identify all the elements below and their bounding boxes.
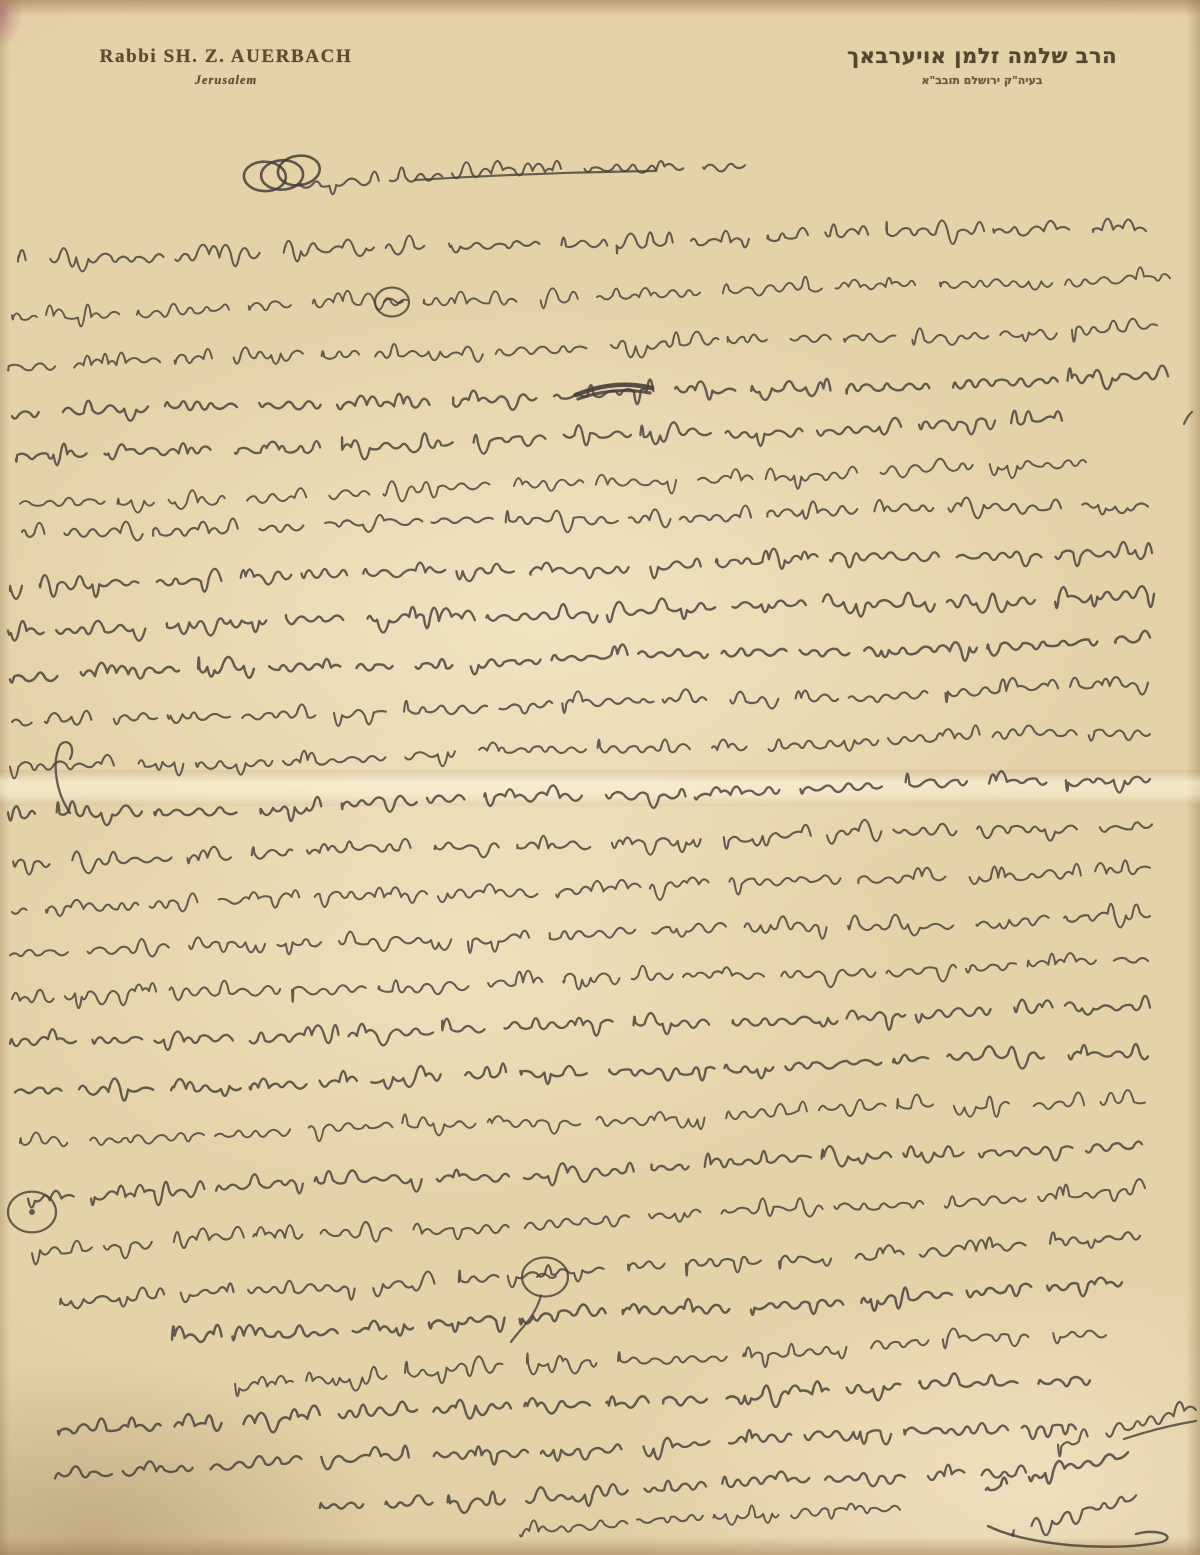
- letterhead-hebrew: הרב שלמה זלמן אויערבאך בעיה"ק ירושלם תוב…: [842, 44, 1122, 87]
- letterhead-english-name: Rabbi SH. Z. AUERBACH: [76, 46, 376, 68]
- letterhead-hebrew-city: בעיה"ק ירושלם תובב"א: [842, 74, 1122, 87]
- fold-crease: [0, 770, 1200, 806]
- letterhead-hebrew-name: הרב שלמה זלמן אויערבאך: [842, 44, 1122, 68]
- letterhead-english: Rabbi SH. Z. AUERBACH Jerusalem: [76, 46, 376, 88]
- handwriting-layer: [0, 0, 1200, 1555]
- letterhead-english-city: Jerusalem: [76, 73, 376, 88]
- scanned-letter-page: Rabbi SH. Z. AUERBACH Jerusalem הרב שלמה…: [0, 0, 1200, 1555]
